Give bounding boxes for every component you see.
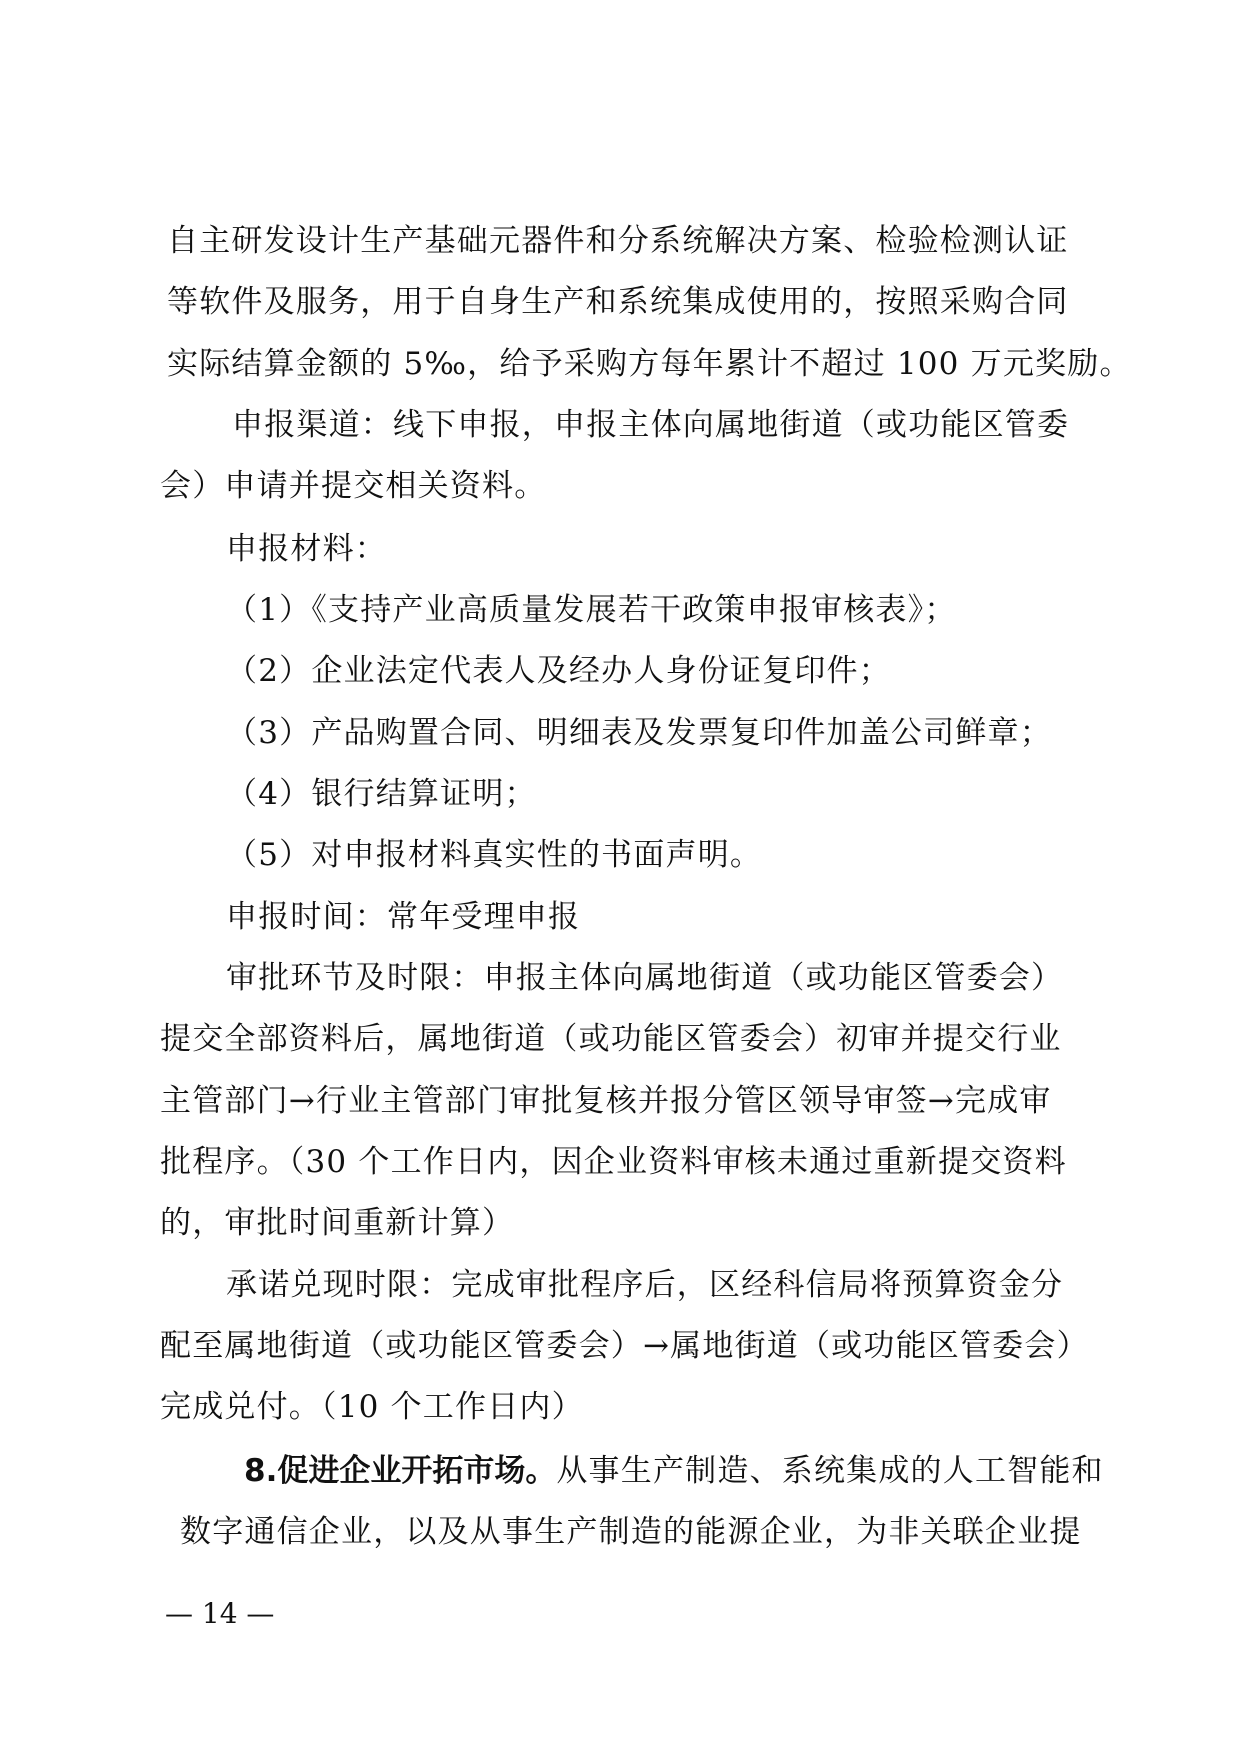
section-8-line: 数字通信企业，以及从事生产制造的能源企业，为非关联企业提 (180, 1512, 1082, 1552)
materials-list-item: （1）《支持产业高质量发展若干政策申报审核表》； (226, 590, 957, 630)
application-channel-line: 申报渠道：线下申报，申报主体向属地街道（或功能区管委 (232, 405, 1069, 445)
section-8-text: 从事生产制造、系统集成的人工智能和 (556, 1453, 1103, 1489)
application-materials-heading: 申报材料： (226, 529, 387, 569)
approval-process-line: 审批环节及时限：申报主体向属地街道（或功能区管委会） (226, 958, 1063, 998)
materials-list-item: （5）对申报材料真实性的书面声明。 (226, 835, 762, 875)
approval-process-line: 提交全部资料后，属地街道（或功能区管委会）初审并提交行业 (160, 1019, 1062, 1059)
section-8-line: 8.促进企业开拓市场。从事生产制造、系统集成的人工智能和 (244, 1451, 1104, 1491)
body-line: 自主研发设计生产基础元器件和分系统解决方案、检验检测认证 (167, 221, 1069, 261)
application-time-line: 申报时间：常年受理申报 (226, 897, 580, 937)
page-number: — 14 — (165, 1596, 274, 1632)
approval-process-line: 批程序。（30 个工作日内，因企业资料审核未通过重新提交资料 (160, 1142, 1067, 1182)
section-8-heading: 8.促进企业开拓市场。 (244, 1453, 556, 1489)
body-line: 实际结算金额的 5‰，给予采购方每年累计不超过 100 万元奖励。 (167, 344, 1132, 384)
payment-deadline-line: 配至属地街道（或功能区管委会）→属地街道（或功能区管委会） (160, 1326, 1089, 1366)
materials-list-item: （2）企业法定代表人及经办人身份证复印件； (226, 651, 891, 691)
body-line: 等软件及服务，用于自身生产和系统集成使用的，按照采购合同 (167, 282, 1069, 322)
application-channel-line: 会）申请并提交相关资料。 (160, 466, 546, 506)
approval-process-line: 主管部门→行业主管部门审批复核并报分管区领导审签→完成审 (160, 1081, 1052, 1121)
document-page: 自主研发设计生产基础元器件和分系统解决方案、检验检测认证 等软件及服务，用于自身… (0, 0, 1241, 1755)
materials-list-item: （3）产品购置合同、明细表及发票复印件加盖公司鲜章； (226, 713, 1052, 753)
payment-deadline-line: 承诺兑现时限：完成审批程序后，区经科信局将预算资金分 (226, 1265, 1063, 1305)
materials-list-item: （4）银行结算证明； (226, 774, 537, 814)
approval-process-line: 的，审批时间重新计算） (160, 1203, 514, 1243)
payment-deadline-line: 完成兑付。（10 个工作日内） (160, 1387, 584, 1427)
